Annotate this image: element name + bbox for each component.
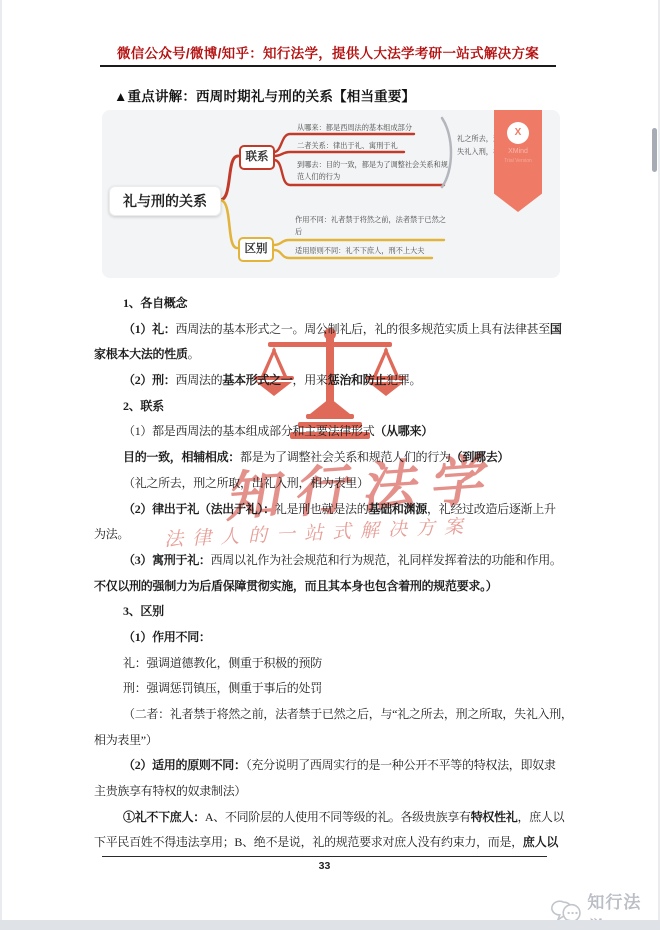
leaf-to-line1: 到哪去：目的一致，都是为了调整社会关系和规 (297, 160, 448, 170)
body-line: 2、联系 (94, 394, 574, 420)
body-line: （2）适用的原则不同：（充分说明了西周实行的是一种公开不平等的特权法，即奴隶 (94, 753, 574, 779)
section-title: ▲重点讲解：西周时期礼与刑的关系【相当重要】 (114, 85, 415, 105)
footer-rule (102, 856, 547, 857)
document-page: 微信公众号/微博/知乎：知行法学，提供人大法学考研一站式解决方案 ▲重点讲解：西… (2, 0, 658, 920)
leaf-role-line1: 作用不同：礼者禁于将然之前，法者禁于已然之 (295, 215, 446, 225)
body-line: （二者：礼者禁于将然之前，法者禁于已然之后，与“礼之所去，刑之所取，失礼入刑， (94, 702, 574, 728)
body-line: （2）律出于礼（法出于礼）：礼是刑也就是法的基础和渊源，礼经过改造后逐渐上升 (94, 497, 574, 523)
ribbon-logo-icon: X (507, 122, 529, 144)
mindmap-node-diff: 区别 (238, 237, 274, 262)
scrollbar-thumb[interactable] (652, 128, 657, 172)
leaf-scope: 适用原则不同：礼不下庶人，刑不上大夫 (295, 246, 424, 256)
trial-ribbon: X XMind Trial Version (494, 110, 542, 212)
ribbon-text1: XMind (494, 148, 542, 155)
page-header-text: 微信公众号/微博/知乎：知行法学，提供人大法学考研一站式解决方案 (100, 42, 556, 62)
mindmap-root-node: 礼与刑的关系 (109, 186, 221, 216)
body-line: 主贵族享有特权的奴隶制法） (94, 779, 574, 805)
group-bracket (442, 118, 451, 187)
body-text: 1、各自概念（1）礼：西周法的基本形式之一。周公制礼后，礼的很多规范实质上具有法… (94, 291, 574, 856)
body-line: （2）刑：西周法的基本形式之一，用来惩治和防止犯罪。 (94, 368, 574, 394)
leaf-to-line2: 范人们的行为 (297, 172, 340, 182)
body-line: 刑：强调惩罚镇压，侧重于事后的处罚 (94, 676, 574, 702)
leaf-from: 从哪来：都是西周法的基本组成部分 (297, 123, 412, 133)
body-line: 目的一致，相辅相成：都是为了调整社会关系和规范人们的行为（到哪去） (94, 445, 574, 471)
body-line: 为法。 (94, 522, 574, 548)
page-number: 33 (102, 860, 547, 872)
body-line: ①礼不下庶人：A、不同阶层的人使用不同等级的礼。各级贵族享有特权性礼，庶人以 (94, 805, 574, 831)
header-rule (100, 65, 556, 67)
body-line: （3）寓刑于礼：西周以礼作为社会规范和行为规范，礼同样发挥着法的功能和作用。 (94, 548, 574, 574)
ribbon-text2: Trial Version (494, 158, 542, 164)
body-line: 1、各自概念 (94, 291, 574, 317)
mindmap-node-link: 联系 (239, 145, 275, 170)
viewer-background-strip (0, 920, 660, 930)
body-line: 下平民百姓不得违法享用；B、绝不是说，礼的规范要求对庶人没有约束力，而是，庶人以 (94, 830, 574, 856)
body-line: 3、区别 (94, 599, 574, 625)
mindmap-diagram: 礼与刑的关系 联系 区别 从哪来：都是西周法的基本组成部分 二者关系：律出于礼、… (102, 110, 560, 278)
body-line: （1）礼：西周法的基本形式之一。周公制礼后，礼的很多规范实质上具有法律甚至国 (94, 317, 574, 343)
leaf-role-line2: 后 (295, 227, 302, 237)
body-line: （1）作用不同： (94, 625, 574, 651)
body-line: （礼之所去，刑之所取，出礼入刑，相为表里） (94, 471, 574, 497)
body-line: 礼：强调道德教化，侧重于积极的预防 (94, 651, 574, 677)
body-line: 家根本大法的性质。 (94, 342, 574, 368)
leaf-relation: 二者关系：律出于礼、寓刑于礼 (297, 141, 398, 151)
body-line: （1）都是西周法的基本组成部分和主要法律形式（从哪来） (94, 419, 574, 445)
document-viewer: 微信公众号/微博/知乎：知行法学，提供人大法学考研一站式解决方案 ▲重点讲解：西… (0, 0, 660, 930)
body-line: 不仅以刑的强制力为后盾保障贯彻实施，而且其本身也包含着刑的规范要求。） (94, 574, 574, 600)
body-line: 相为表里”） (94, 728, 574, 754)
